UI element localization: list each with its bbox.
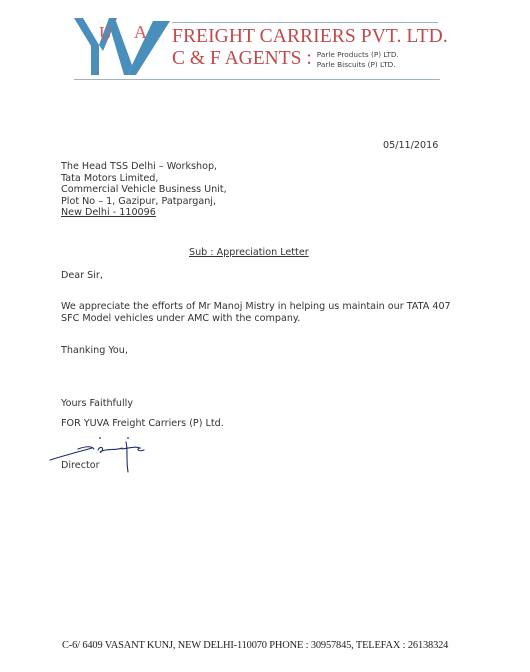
agents-label: C & F AGENTS : (172, 48, 312, 70)
company-name: FREIGHT CARRIERS PVT. LTD. (172, 26, 448, 48)
letter-body: We appreciate the efforts of Mr Manoj Mi… (61, 301, 451, 324)
subject-line: Sub : Appreciation Letter (189, 247, 309, 258)
body-line: SFC Model vehicles under AMC with the co… (61, 313, 451, 325)
for-company-line: FOR YUVA Freight Carriers (P) Ltd. (61, 418, 224, 429)
agents-row: C & F AGENTS : Parle Products (P) LTD. P… (172, 48, 399, 70)
header-rule-bottom (74, 79, 440, 80)
svg-text:U: U (99, 23, 112, 43)
closing-line: Yours Faithfully (61, 398, 133, 409)
thanks-line: Thanking You, (61, 345, 128, 356)
header-rule-top (172, 22, 438, 23)
address-line: Plot No – 1, Gazipur, Patparganj, (61, 196, 227, 208)
agent-item: Parle Biscuits (P) LTD. (317, 60, 399, 70)
svg-text:A: A (134, 22, 147, 42)
salutation: Dear Sir, (61, 270, 103, 281)
address-line: The Head TSS Delhi – Workshop, (61, 161, 227, 173)
recipient-address: The Head TSS Delhi – Workshop, Tata Moto… (61, 161, 227, 219)
letter-date: 05/11/2016 (383, 140, 438, 151)
agents-list: Parle Products (P) LTD. Parle Biscuits (… (317, 50, 399, 70)
footer-address: C-6/ 6409 VASANT KUNJ, NEW DELHI-110070 … (62, 640, 448, 651)
agent-item: Parle Products (P) LTD. (317, 50, 399, 60)
body-line: We appreciate the efforts of Mr Manoj Mi… (61, 301, 451, 313)
address-line: Tata Motors Limited, (61, 173, 227, 185)
address-line: New Delhi - 110096 (61, 207, 227, 219)
signatory-designation: Director (61, 460, 100, 471)
signature-image (48, 436, 158, 478)
address-line: Commercial Vehicle Business Unit, (61, 184, 227, 196)
yuva-logo: U A (74, 17, 174, 75)
letterhead: U A FREIGHT CARRIERS PVT. LTD. C & F AGE… (0, 0, 530, 90)
